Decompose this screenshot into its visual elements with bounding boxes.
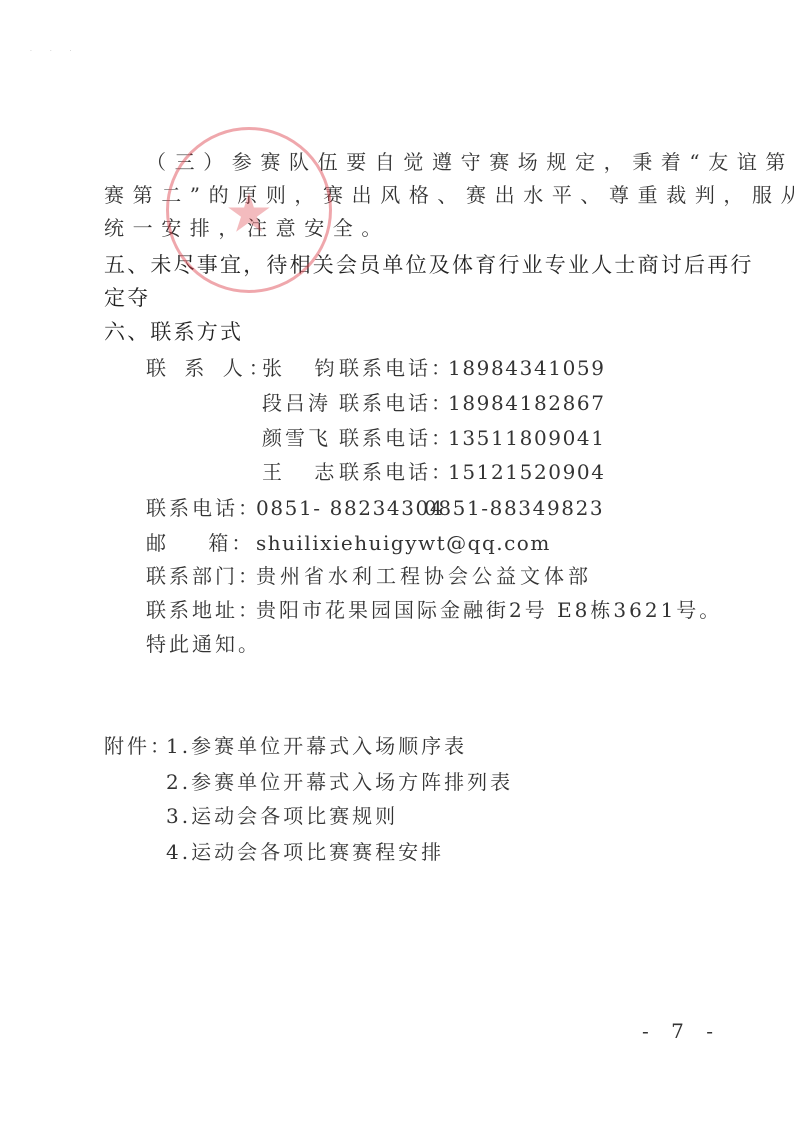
- attachment-item: 2.参赛单位开幕式入场方阵排列表: [166, 768, 513, 796]
- contact-phone: 18984182867: [448, 389, 606, 417]
- email-address: shuilixiehuigywt@qq.com: [256, 529, 551, 557]
- page-number: - 7 -: [642, 1019, 721, 1043]
- department-value: 贵州省水利工程协会公益文体部: [256, 562, 592, 590]
- contact-phone-label: 联系电话：: [339, 389, 454, 417]
- document-page: · · · （三）参赛队伍要自觉遵守赛场规定，秉着“友谊第一、比 赛第二”的原则…: [0, 0, 794, 1122]
- department-label: 联系部门：: [146, 562, 261, 590]
- office-phone-1: 0851- 88234304: [256, 494, 444, 522]
- office-phone-label: 联系电话：: [146, 494, 261, 522]
- section-three-line-3: 统一安排，注意安全。: [104, 214, 390, 242]
- closing-text: 特此通知。: [146, 630, 261, 658]
- section-three-line-1: （三）参赛队伍要自觉遵守赛场规定，秉着“友谊第一、比: [146, 148, 794, 176]
- contact-phone-label: 联系电话：: [339, 424, 454, 452]
- attachment-item: 1.参赛单位开幕式入场顺序表: [166, 732, 467, 760]
- contact-phone: 18984341059: [448, 354, 606, 382]
- contact-phone-label: 联系电话：: [339, 354, 454, 382]
- contact-name: 张 钧: [262, 354, 340, 382]
- section-six-heading: 六、联系方式: [104, 318, 243, 346]
- contact-name: 颜雪飞: [262, 424, 331, 452]
- contact-phone: 15121520904: [448, 458, 606, 486]
- address-label: 联系地址：: [146, 596, 261, 624]
- contact-phone-label: 联系电话：: [339, 458, 454, 486]
- contact-name: 段吕涛: [262, 389, 331, 417]
- contact-person-label: 联 系 人：: [146, 354, 275, 382]
- section-five-line-1: 五、未尽事宜，待相关会员单位及体育行业专业人士商讨后再行: [104, 251, 754, 279]
- scan-artifact: · · ·: [30, 48, 80, 55]
- contact-phone: 13511809041: [448, 424, 606, 452]
- address-value: 贵阳市花果园国际金融街2号 E8栋3621号。: [256, 596, 722, 624]
- section-five-line-2: 定夺: [104, 284, 150, 312]
- email-label: 邮 箱：: [146, 529, 254, 557]
- office-phone-2: 0851-88349823: [424, 494, 604, 522]
- attachment-item: 4.运动会各项比赛赛程安排: [166, 838, 444, 866]
- contact-name: 王 志: [262, 458, 340, 486]
- attachment-item: 3.运动会各项比赛规则: [166, 802, 398, 830]
- attachments-label: 附件：: [104, 732, 173, 760]
- section-three-line-2: 赛第二”的原则，赛出风格、赛出水平、尊重裁判，服从组委会: [104, 181, 794, 209]
